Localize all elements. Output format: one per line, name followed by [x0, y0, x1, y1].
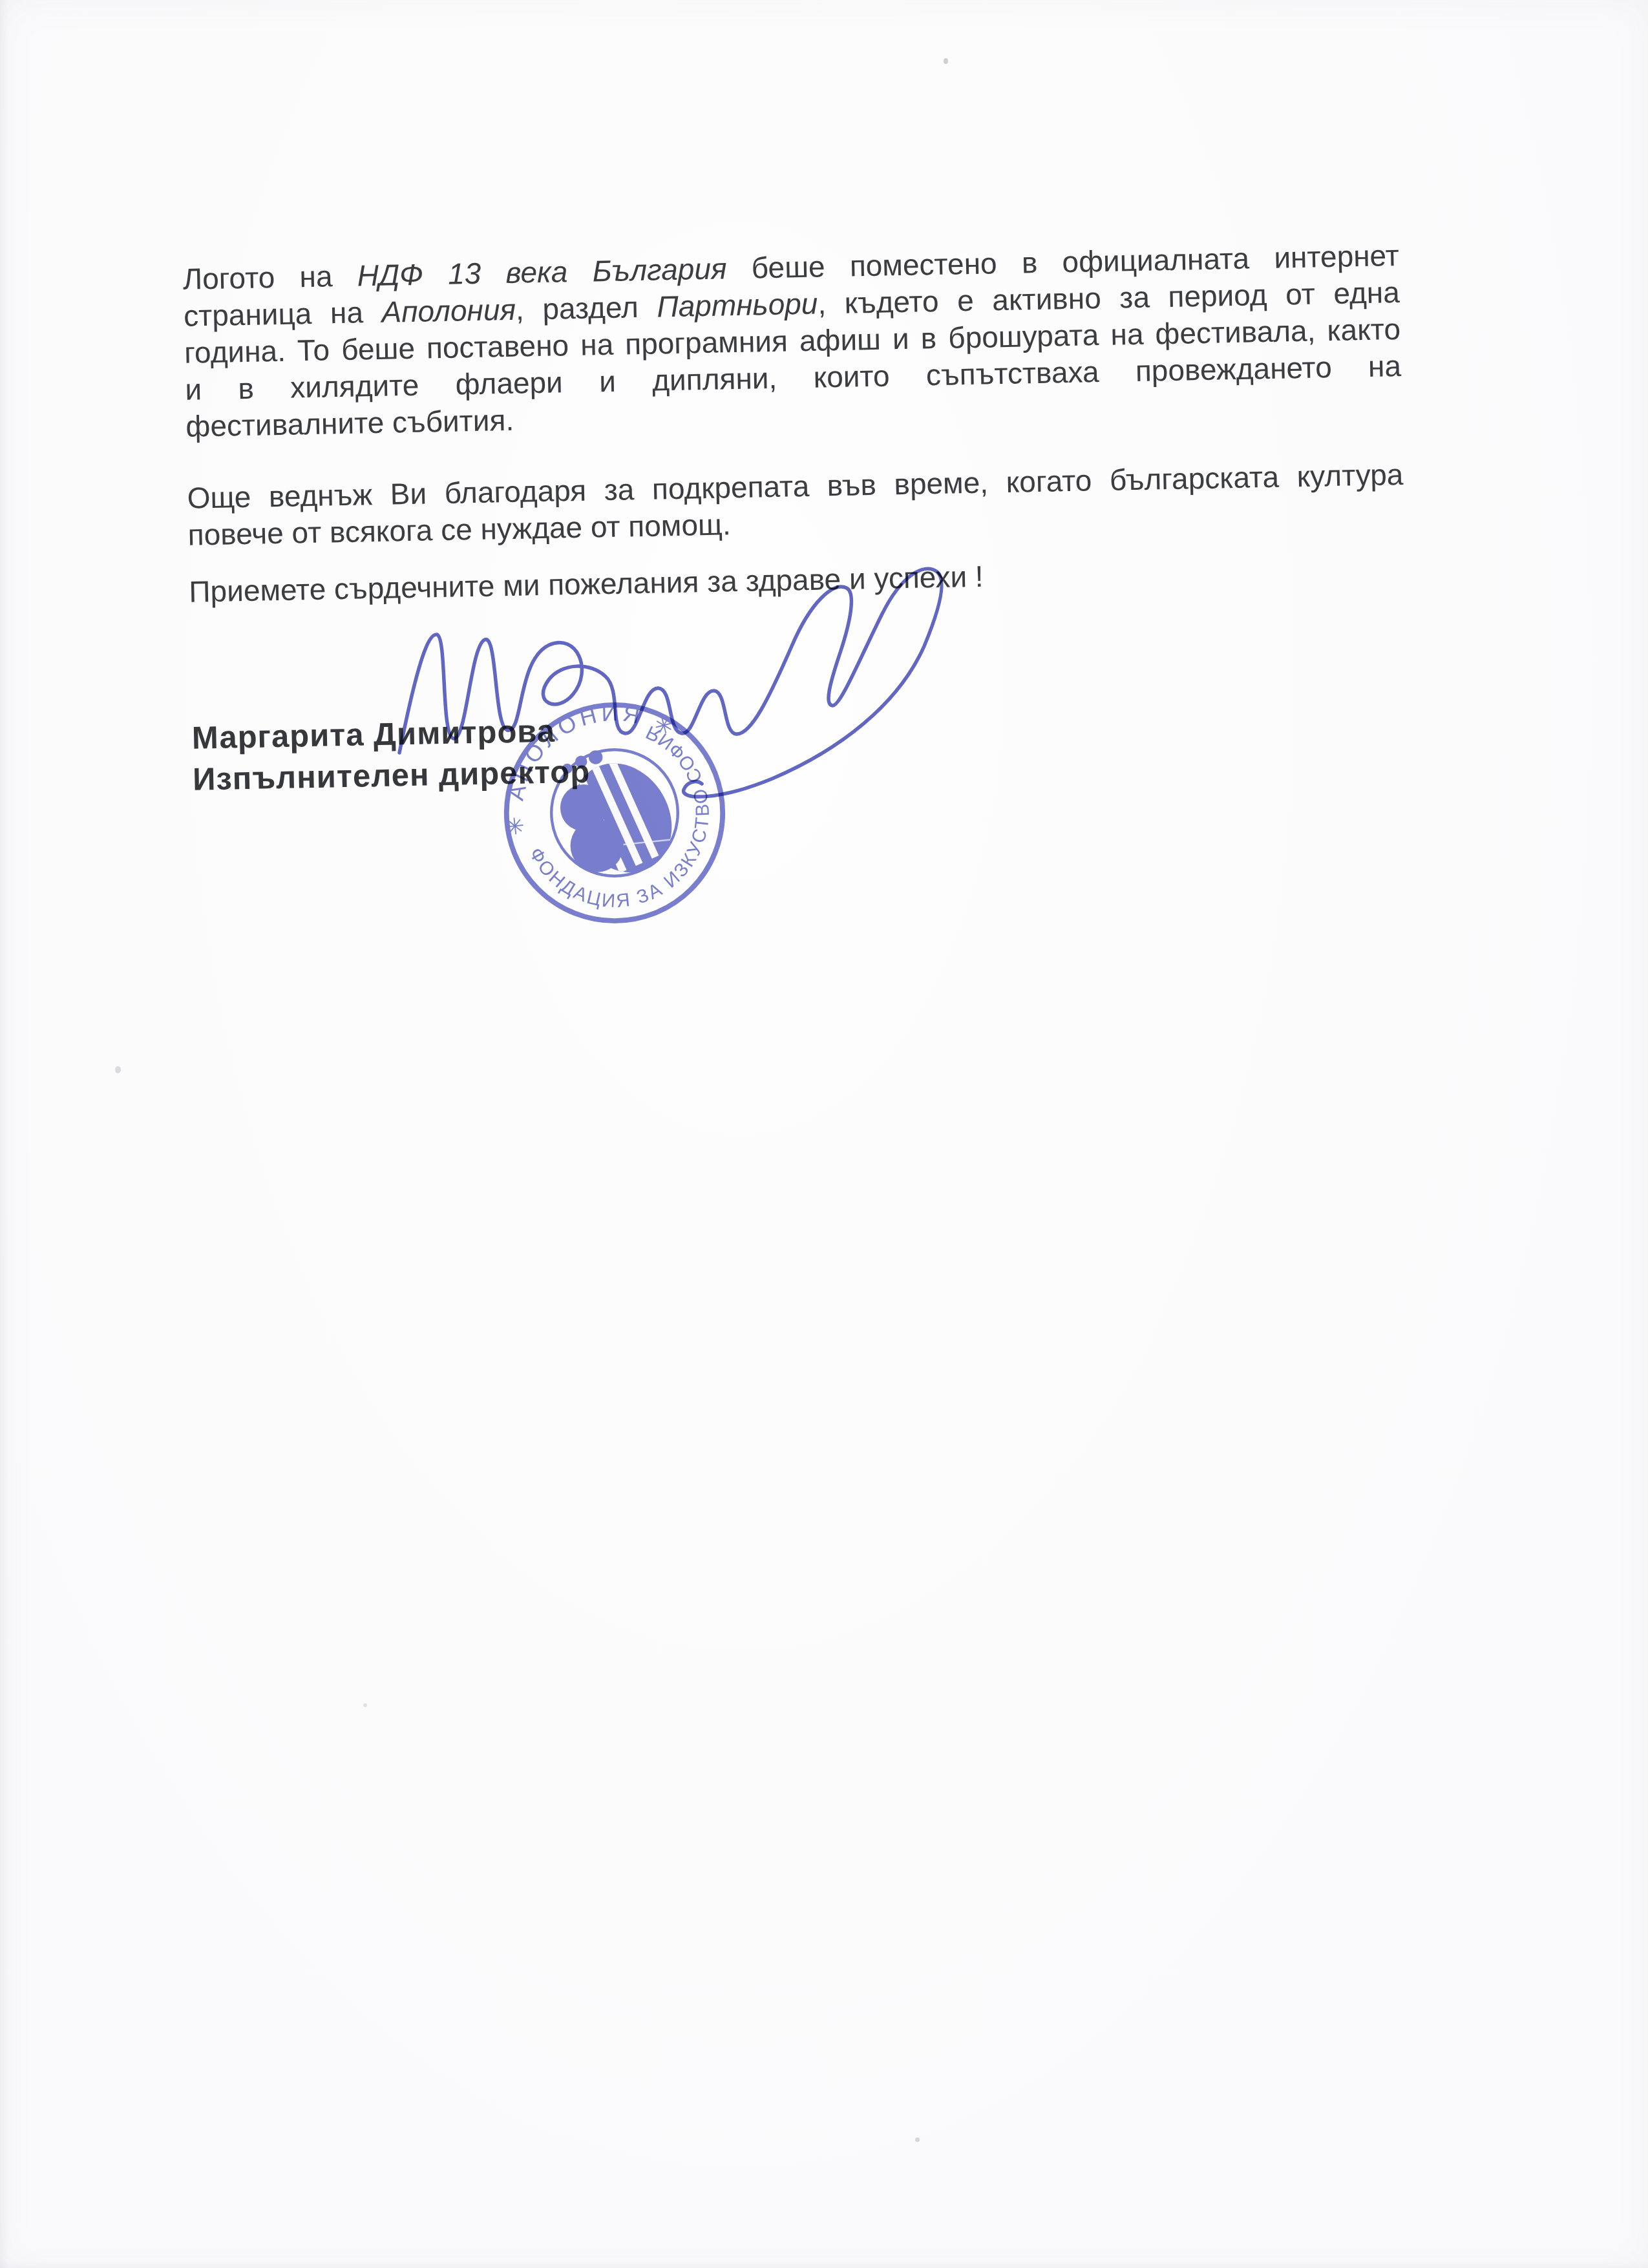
- paragraph-1: Логото на НДФ 13 века България беше поме…: [182, 237, 1402, 445]
- letter-page: Логото на НДФ 13 века България беше поме…: [0, 0, 1648, 2268]
- italic-phrase: Аполония: [381, 293, 516, 329]
- scan-speck: [915, 2137, 920, 2142]
- scan-speck: [944, 58, 948, 64]
- text-run: , раздел: [515, 289, 657, 326]
- scan-speck: [115, 1066, 121, 1073]
- text-run: Логото на: [183, 259, 358, 296]
- signature-block: Маргарита Димитрова Изпълнителен директо…: [191, 710, 590, 801]
- text-line: Приемете сърдечните ми пожелания за здра…: [189, 550, 1406, 611]
- letter-body: Логото на НДФ 13 века България беше поме…: [178, 0, 1438, 2268]
- paragraph-2: Още веднъж Ви благодаря за подкрепата въ…: [187, 456, 1404, 554]
- paragraph-3: Приемете сърдечните ми пожелания за здра…: [189, 550, 1406, 611]
- signer-name: Маргарита Димитрова: [191, 710, 589, 759]
- signer-title: Изпълнителен директор: [193, 751, 591, 801]
- italic-phrase: НДФ 13 века България: [357, 251, 727, 292]
- text-run: страница на: [184, 295, 382, 333]
- italic-phrase: Партньори: [657, 287, 818, 324]
- scan-speck: [363, 1703, 367, 1707]
